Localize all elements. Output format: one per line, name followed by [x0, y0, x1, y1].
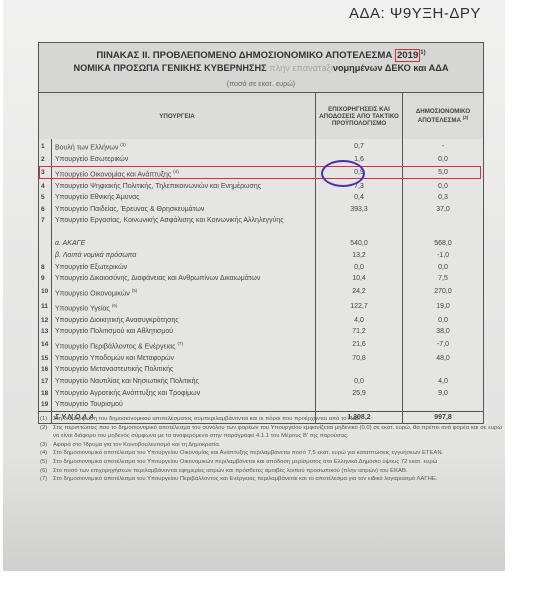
ministry-label: Υπουργείο Οικονομίας και Ανάπτυξης	[55, 171, 171, 178]
row-number: 17	[39, 376, 52, 388]
ministry-label: Υπουργείο Ψηφιακής Πολιτικής, Τηλεπικοιν…	[55, 183, 261, 190]
result-value: 38,0	[403, 326, 484, 338]
grants-value: 0,9	[316, 166, 403, 181]
grants-value	[316, 399, 403, 411]
row-number: 4	[39, 181, 52, 193]
ministry-label: Υπουργείο Αγροτικής Ανάπτυξης και Τροφίμ…	[55, 390, 200, 397]
ministry-name: α. ΑΚΑΓΕ	[52, 238, 316, 250]
result-value	[403, 399, 484, 411]
row-number: 18	[39, 388, 52, 400]
footnote-ref: (7)	[178, 341, 184, 346]
ministry-label: Υπουργείο Ναυτιλίας και Νησιωτικής Πολιτ…	[55, 378, 199, 385]
ministry-label: Υπουργείο Διοικητικής Ανασυγκρότησης	[55, 317, 179, 324]
budget-table: ΥΠΟΥΡΓΕΙΑ ΕΠΙΧΟΡΗΓΗΣΕΙΣ ΚΑΙ ΑΠΟΔΟΣΕΙΣ ΑΠ…	[39, 93, 483, 423]
table-row: 11Υπουργείο Υγείας (6)122,719,0	[39, 300, 483, 315]
row-number: 14	[39, 338, 52, 353]
ministry-label: Υπουργείο Εργασίας, Κοινωνικής Ασφάλισης…	[55, 217, 284, 224]
col-ministries: ΥΠΟΥΡΓΕΙΑ	[39, 93, 316, 139]
ministry-name: β. Λοιπά νομικά πρόσωπα	[52, 250, 316, 262]
table-row: 17Υπουργείο Ναυτιλίας και Νησιωτικής Πολ…	[39, 376, 483, 388]
row-number: 2	[39, 154, 52, 166]
footnote-number: (1)	[40, 415, 53, 424]
result-value	[403, 215, 484, 238]
grants-value: 0,0	[316, 376, 403, 388]
title-footnote-ref: 1)	[420, 50, 425, 56]
result-value: 7,5	[403, 273, 484, 285]
footnote-number: (4)	[40, 449, 53, 458]
footnote: (1)Στη διαμόρφωση του δημοσιονομικού απο…	[40, 415, 502, 424]
ada-code: ΑΔΑ: Ψ9ΥΞΗ-ΔΡΥ	[349, 5, 481, 22]
col-grants: ΕΠΙΧΟΡΗΓΗΣΕΙΣ ΚΑΙ ΑΠΟΔΟΣΕΙΣ ΑΠΟ ΤΑΚΤΙΚΟ …	[316, 93, 403, 139]
ministry-name: Υπουργείο Ναυτιλίας και Νησιωτικής Πολιτ…	[52, 376, 316, 388]
footnote-text: Αφορά στο Ίδρυμα για τον Κοινοβουλευτισμ…	[53, 441, 502, 450]
footnote: (4)Στο δημοσιονομικό αποτέλεσμα του Υπου…	[40, 449, 502, 458]
ministry-label: Βουλή των Ελλήνων	[55, 145, 118, 152]
ministry-name: Υπουργείο Τουρισμού	[52, 399, 316, 411]
table-row: 2Υπουργείο Εσωτερικών1,60,0	[39, 154, 483, 166]
result-value: 48,0	[403, 353, 484, 365]
table-row: 16Υπουργείο Μεταναστευτικής Πολιτικής	[39, 364, 483, 376]
grants-value: 24,2	[316, 285, 403, 300]
table-row: β. Λοιπά νομικά πρόσωπα13,2-1,0	[39, 250, 483, 262]
row-number: 1	[39, 139, 52, 154]
ministry-label: Υπουργείο Πολιτισμού και Αθλητισμού	[55, 328, 173, 335]
highlighted-year: 2019	[395, 49, 420, 62]
ministry-name: Υπουργείο Οικονομικών (5)	[52, 285, 316, 300]
grants-value: 0,4	[316, 192, 403, 204]
row-number: 16	[39, 364, 52, 376]
footnote: (3)Αφορά στο Ίδρυμα για τον Κοινοβουλευτ…	[40, 441, 502, 450]
table-subtitle: ΝΟΜΙΚΑ ΠΡΟΣΩΠΑ ΓΕΝΙΚΗΣ ΚΥΒΕΡΝΗΣΗΣ πλην ε…	[39, 62, 483, 75]
ministry-label: Υπουργείο Μεταναστευτικής Πολιτικής	[55, 366, 173, 373]
grants-value: 13,2	[316, 250, 403, 262]
ministry-label: Υπουργείο Τουρισμού	[55, 401, 123, 408]
subtitle-end: νομημένων ΔΕΚΟ και ΑΔΑ	[333, 63, 449, 73]
result-value: 270,0	[403, 285, 484, 300]
result-value: 0,0	[403, 154, 484, 166]
result-value: 0,3	[403, 192, 484, 204]
footnote-text: Στο δημοσιονομικό αποτέλεσμα του Υπουργε…	[53, 449, 502, 458]
table-row: 18Υπουργείο Αγροτικής Ανάπτυξης και Τροφ…	[39, 388, 483, 400]
ministry-name: Υπουργείο Διοικητικής Ανασυγκρότησης	[52, 315, 316, 327]
ministry-label: Υπουργείο Υγείας	[55, 305, 110, 312]
table-title: ΠΙΝΑΚΑΣ ΙΙ. ΠΡΟΒΛΕΠΟΜΕΝΟ ΔΗΜΟΣΙΟΝΟΜΙΚΟ Α…	[39, 47, 483, 62]
ministry-name: Υπουργείο Περιβάλλοντος & Ενέργειας (7)	[52, 338, 316, 353]
result-value: 0,0	[403, 315, 484, 327]
table-row: 9Υπουργείο Δικαιοσύνης, Διαφάνειας και Α…	[39, 273, 483, 285]
footnote-text: Στο δημοσιονομικό αποτέλεσμα του Υπουργε…	[53, 458, 502, 467]
row-number: 11	[39, 300, 52, 315]
ministry-label: β. Λοιπά νομικά πρόσωπα	[55, 252, 136, 259]
table-row: 7Υπουργείο Εργασίας, Κοινωνικής Ασφάλιση…	[39, 215, 483, 238]
result-value: 0,0	[403, 262, 484, 274]
grants-value: 1,6	[316, 154, 403, 166]
row-number: 3	[39, 166, 52, 181]
table-row: 4Υπουργείο Ψηφιακής Πολιτικής, Τηλεπικοι…	[39, 181, 483, 193]
ministry-name: Υπουργείο Ψηφιακής Πολιτικής, Τηλεπικοιν…	[52, 181, 316, 193]
grants-value	[316, 215, 403, 238]
result-value: 0,0	[403, 181, 484, 193]
footnote: (6)Στο ποσό των επιχορηγήσεων περιλαμβάν…	[40, 467, 502, 476]
footnote-ref: (4)	[173, 169, 179, 174]
footnote: (7)Στο δημοσιονομικό αποτέλεσμα του Υπου…	[40, 475, 502, 484]
ministry-name: Υπουργείο Δικαιοσύνης, Διαφάνειας και Αν…	[52, 273, 316, 285]
ministry-name: Υπουργείο Υγείας (6)	[52, 300, 316, 315]
row-number: 5	[39, 192, 52, 204]
ministry-name: Υπουργείο Πολιτισμού και Αθλητισμού	[52, 326, 316, 338]
table-row: 14Υπουργείο Περιβάλλοντος & Ενέργειας (7…	[39, 338, 483, 353]
footnote-text: Στις περιπτώσεις που το δημοσιονομικό απ…	[53, 424, 502, 441]
col-result-note: (2)	[463, 115, 469, 120]
ministry-name: Υπουργείο Μεταναστευτικής Πολιτικής	[52, 364, 316, 376]
grants-value: 71,2	[316, 326, 403, 338]
ministry-label: Υπουργείο Δικαιοσύνης, Διαφάνειας και Αν…	[55, 275, 260, 282]
ministry-name: Υπουργείο Αγροτικής Ανάπτυξης και Τροφίμ…	[52, 388, 316, 400]
table-row: 13Υπουργείο Πολιτισμού και Αθλητισμού71,…	[39, 326, 483, 338]
result-value: 37,0	[403, 204, 484, 216]
grants-value: 7,3	[316, 181, 403, 193]
budget-table-document: ΠΙΝΑΚΑΣ ΙΙ. ΠΡΟΒΛΕΠΟΜΕΝΟ ΔΗΜΟΣΙΟΝΟΜΙΚΟ Α…	[38, 42, 484, 424]
table-row: 3Υπουργείο Οικονομίας και Ανάπτυξης (4)0…	[39, 166, 483, 181]
ministry-name: Υπουργείο Εργασίας, Κοινωνικής Ασφάλισης…	[52, 215, 316, 238]
ministry-label: Υπουργείο Παιδείας, Έρευνας & Θρησκευμάτ…	[55, 206, 204, 213]
grants-value: 70,8	[316, 353, 403, 365]
table-header-row: ΥΠΟΥΡΓΕΙΑ ΕΠΙΧΟΡΗΓΗΣΕΙΣ ΚΑΙ ΑΠΟΔΟΣΕΙΣ ΑΠ…	[39, 93, 483, 139]
ministry-name: Υπουργείο Παιδείας, Έρευνας & Θρησκευμάτ…	[52, 204, 316, 216]
grants-value: 10,4	[316, 273, 403, 285]
row-number: 10	[39, 285, 52, 300]
table-row: 10Υπουργείο Οικονομικών (5)24,2270,0	[39, 285, 483, 300]
row-number: 7	[39, 215, 52, 238]
table-row: 19Υπουργείο Τουρισμού	[39, 399, 483, 411]
footnote-text: Στο δημοσιονομικό αποτέλεσμα του Υπουργε…	[53, 475, 502, 484]
ministry-name: Υπουργείο Εθνικής Άμυνας	[52, 192, 316, 204]
grants-value: 540,0	[316, 238, 403, 250]
subtitle-faded: πλην επανατaξι	[267, 63, 333, 73]
ministry-name: Βουλή των Ελλήνων (3)	[52, 139, 316, 154]
row-number: 6	[39, 204, 52, 216]
grants-value: 21,6	[316, 338, 403, 353]
ministry-label: Υπουργείο Εξωτερικών	[55, 264, 127, 271]
title-block: ΠΙΝΑΚΑΣ ΙΙ. ΠΡΟΒΛΕΠΟΜΕΝΟ ΔΗΜΟΣΙΟΝΟΜΙΚΟ Α…	[39, 43, 483, 93]
ministry-name: Υπουργείο Οικονομίας και Ανάπτυξης (4)	[52, 166, 316, 181]
grants-value: 4,0	[316, 315, 403, 327]
title-text: ΠΙΝΑΚΑΣ ΙΙ. ΠΡΟΒΛΕΠΟΜΕΝΟ ΔΗΜΟΣΙΟΝΟΜΙΚΟ Α…	[96, 50, 392, 61]
footnotes: (1)Στη διαμόρφωση του δημοσιονομικού απο…	[40, 415, 502, 484]
ministry-label: Υπουργείο Υποδομών και Μεταφορών	[55, 355, 174, 362]
row-number	[39, 250, 52, 262]
grants-value: 0,0	[316, 262, 403, 274]
grants-value: 25,9	[316, 388, 403, 400]
table-row: 5Υπουργείο Εθνικής Άμυνας0,40,3	[39, 192, 483, 204]
footnote: (2)Στις περιπτώσεις που το δημοσιονομικό…	[40, 424, 502, 441]
row-number: 9	[39, 273, 52, 285]
subtitle-bold: ΝΟΜΙΚΑ ΠΡΟΣΩΠΑ ΓΕΝΙΚΗΣ ΚΥΒΕΡΝΗΣΗΣ	[73, 63, 266, 73]
ministry-name: Υπουργείο Υποδομών και Μεταφορών	[52, 353, 316, 365]
table-row: 8Υπουργείο Εξωτερικών0,00,0	[39, 262, 483, 274]
footnote-number: (6)	[40, 467, 53, 476]
grants-value: 0,7	[316, 139, 403, 154]
result-value: 568,0	[403, 238, 484, 250]
ministry-label: Υπουργείο Εθνικής Άμυνας	[55, 194, 140, 201]
table-row: 1Βουλή των Ελλήνων (3)0,7-	[39, 139, 483, 154]
footnote-number: (3)	[40, 441, 53, 450]
ministry-label: Υπουργείο Εσωτερικών	[55, 156, 128, 163]
footnote-number: (2)	[40, 424, 53, 441]
grants-value: 122,7	[316, 300, 403, 315]
ministry-label: Υπουργείο Οικονομικών	[55, 290, 130, 297]
row-number: 13	[39, 326, 52, 338]
table-body: 1Βουλή των Ελλήνων (3)0,7-2Υπουργείο Εσω…	[39, 139, 483, 423]
footnote-ref: (5)	[132, 288, 138, 293]
footnote-ref: (6)	[112, 303, 118, 308]
result-value: 9,0	[403, 388, 484, 400]
row-number: 8	[39, 262, 52, 274]
footnote-number: (5)	[40, 458, 53, 467]
footnote-number: (7)	[40, 475, 53, 484]
footnote-text: Στη διαμόρφωση του δημοσιονομικού αποτελ…	[53, 415, 502, 424]
table-row: 15Υπουργείο Υποδομών και Μεταφορών70,848…	[39, 353, 483, 365]
col-result: ΔΗΜΟΣΙΟΝΟΜΙΚΟ ΑΠΟΤΕΛΕΣΜΑ (2)	[403, 93, 484, 139]
footnote-ref: (3)	[120, 142, 126, 147]
result-value	[403, 364, 484, 376]
result-value: -	[403, 139, 484, 154]
ministry-label: α. ΑΚΑΓΕ	[55, 240, 85, 247]
ministry-name: Υπουργείο Εσωτερικών	[52, 154, 316, 166]
result-value: 5,0	[403, 166, 484, 181]
units-note: (ποσά σε εκατ. ευρώ)	[39, 79, 483, 89]
table-row: 6Υπουργείο Παιδείας, Έρευνας & Θρησκευμά…	[39, 204, 483, 216]
footnote: (5)Στο δημοσιονομικό αποτέλεσμα του Υπου…	[40, 458, 502, 467]
table-row: 12Υπουργείο Διοικητικής Ανασυγκρότησης4,…	[39, 315, 483, 327]
grants-value: 393,3	[316, 204, 403, 216]
result-value: -1,0	[403, 250, 484, 262]
grants-value	[316, 364, 403, 376]
result-value: 4,0	[403, 376, 484, 388]
footnote-text: Στο ποσό των επιχορηγήσεων περιλαμβάνοντ…	[53, 467, 502, 476]
ministry-name: Υπουργείο Εξωτερικών	[52, 262, 316, 274]
result-value: 19,0	[403, 300, 484, 315]
row-number: 12	[39, 315, 52, 327]
row-number: 19	[39, 399, 52, 411]
row-number: 15	[39, 353, 52, 365]
row-number	[39, 238, 52, 250]
table-row: α. ΑΚΑΓΕ540,0568,0	[39, 238, 483, 250]
ministry-label: Υπουργείο Περιβάλλοντος & Ενέργειας	[55, 343, 176, 350]
result-value: -7,0	[403, 338, 484, 353]
